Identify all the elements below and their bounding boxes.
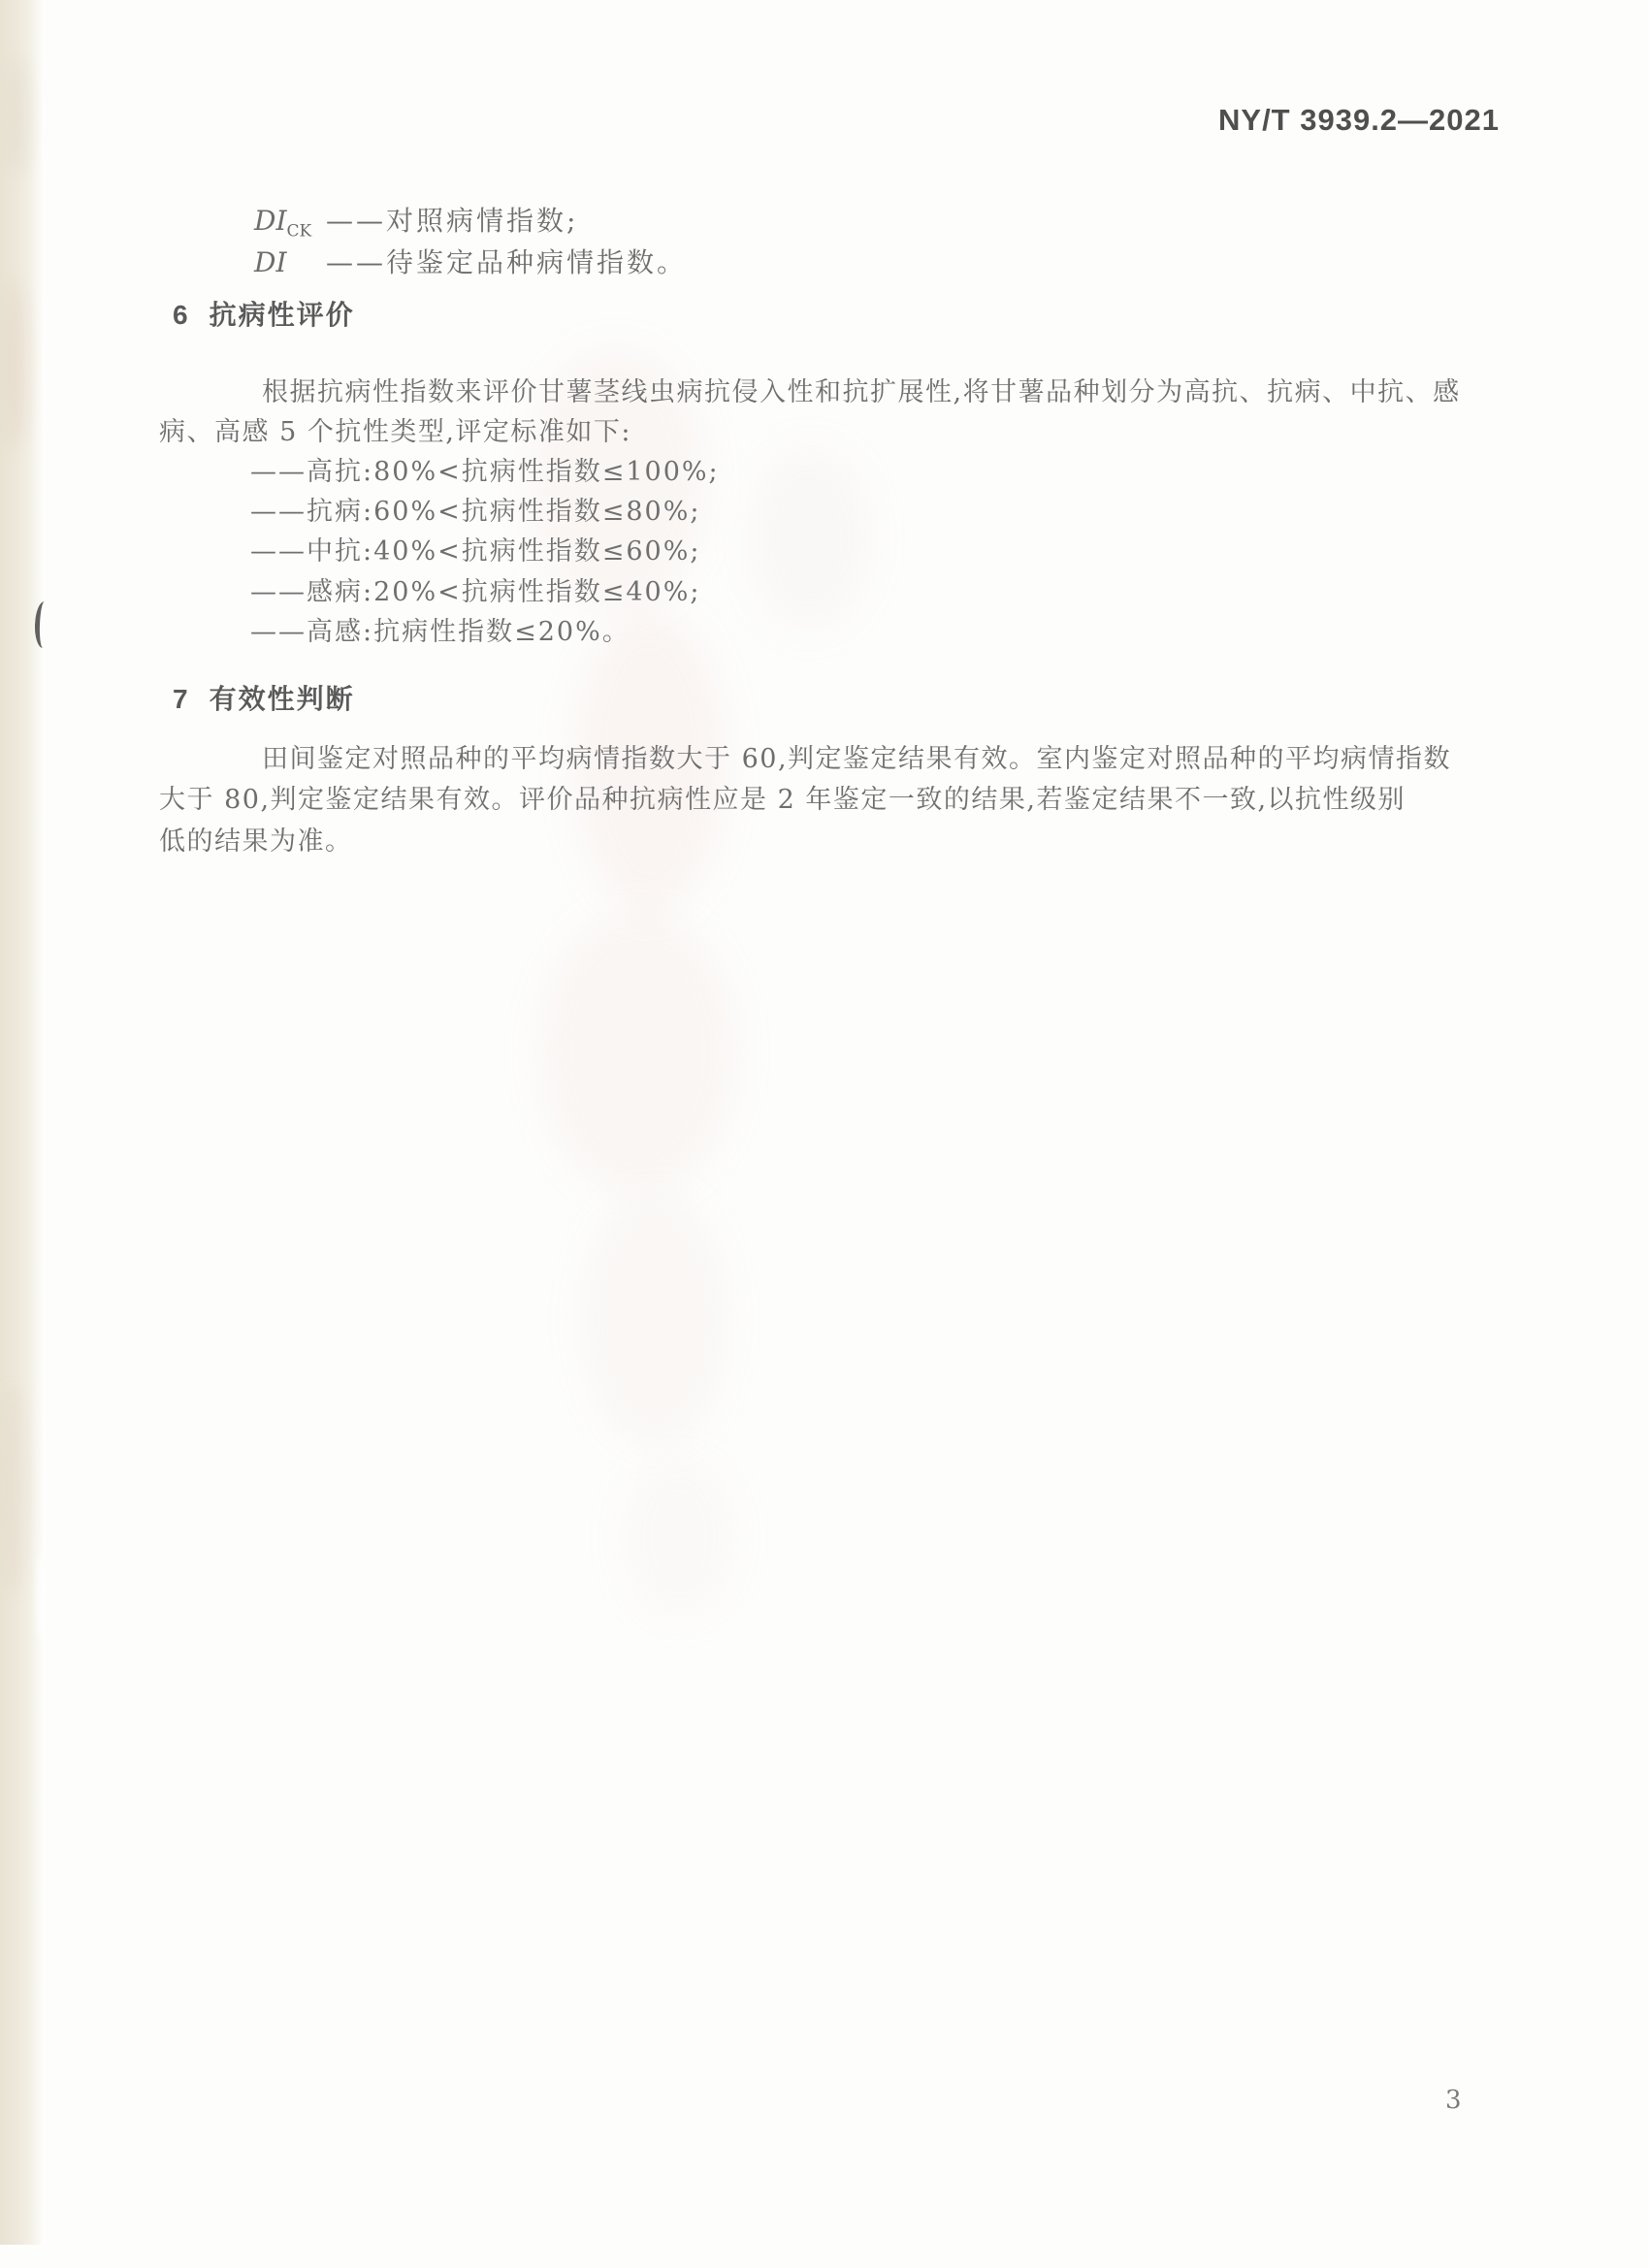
- page-number: 3: [1445, 2086, 1462, 2115]
- edge-smudge: [4, 281, 27, 446]
- heading-title: 抗病性评价: [210, 300, 355, 330]
- bleedthrough-watermark: [582, 1193, 727, 1445]
- section-6-heading: 6抗病性评价: [173, 294, 355, 333]
- list-item-resistance: ——抗病:60%<抗病性指数≤80%;: [250, 490, 700, 528]
- heading-number: 6: [173, 300, 188, 330]
- edge-smudge: [2, 1387, 27, 1591]
- bleedthrough-watermark: [747, 446, 873, 631]
- section-7-heading: 7有效性判断: [173, 678, 355, 717]
- section-7-paragraph-line-3: 低的结果为准。: [159, 820, 353, 858]
- heading-number: 7: [173, 684, 188, 714]
- list-item-susceptible: ——感病:20%<抗病性指数≤40%;: [250, 570, 700, 608]
- definition-text: ——对照病情指数;: [326, 205, 578, 237]
- list-item-high-susceptible: ——高感:抗病性指数≤20%。: [250, 610, 630, 648]
- section-6-paragraph-line-2: 病、高感 5 个抗性类型,评定标准如下:: [159, 410, 631, 448]
- definition-symbol-subscript: CK: [287, 222, 312, 242]
- list-item-medium-resistance: ——中抗:40%<抗病性指数≤60%;: [250, 530, 700, 567]
- section-6-paragraph-line-1: 根据抗病性指数来评价甘薯茎线虫病抗侵入性和抗扩展性,将甘薯品种划分为高抗、抗病、…: [262, 371, 1461, 408]
- list-item-high-resistance: ——高抗:80%<抗病性指数≤100%;: [250, 450, 720, 488]
- bleedthrough-watermark: [621, 1455, 737, 1620]
- section-7-paragraph-line-2: 大于 80,判定鉴定结果有效。评价品种抗病性应是 2 年鉴定一致的结果,若鉴定结…: [159, 778, 1406, 816]
- definition-item-di: DI——待鉴定品种病情指数。: [254, 242, 687, 283]
- definition-item-di-ck: DICK——对照病情指数;: [254, 200, 578, 242]
- doc-number-header: NY/T 3939.2—2021: [1218, 103, 1500, 138]
- page-crease-highlight: [37, 1550, 46, 1643]
- bleedthrough-watermark: [538, 912, 737, 1193]
- scanned-page: NY/T 3939.2—2021 DICK——对照病情指数; DI——待鉴定品种…: [0, 0, 1649, 2268]
- section-7-paragraph-line-1: 田间鉴定对照品种的平均病情指数大于 60,判定鉴定结果有效。室内鉴定对照品种的平…: [262, 737, 1451, 775]
- definition-text: ——待鉴定品种病情指数。: [326, 246, 687, 278]
- heading-title: 有效性判断: [210, 684, 355, 714]
- edge-smudge: [10, 58, 29, 175]
- definition-symbol: DICK: [254, 205, 326, 242]
- definition-symbol: DI: [254, 246, 326, 283]
